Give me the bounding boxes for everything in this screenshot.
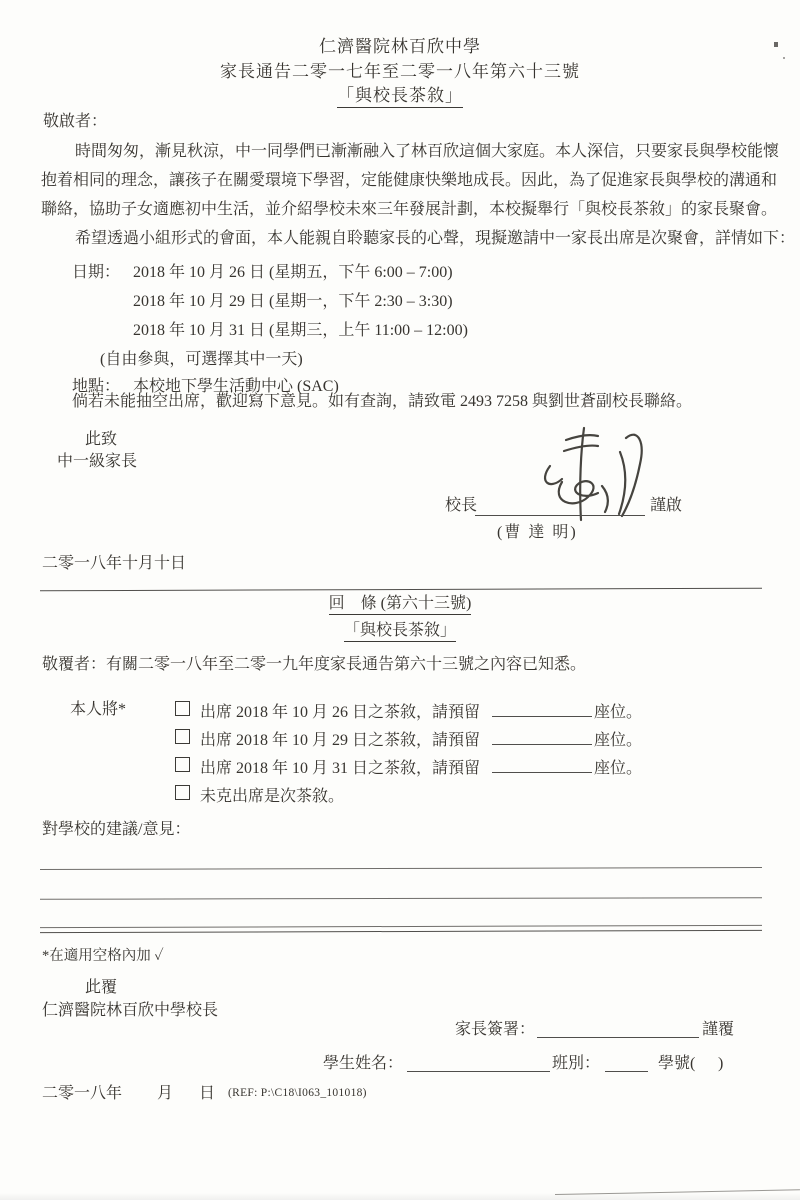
cannot-attend-checkbox[interactable] <box>175 785 190 800</box>
date-note: (自由參與，可選擇其中一天) <box>100 350 303 370</box>
option-2-text: 出席 2018 年 10 月 29 日之茶敘，請預留 <box>200 732 480 749</box>
seat-count-blank-1[interactable] <box>492 702 592 717</box>
reply-subtitle-text: 「與校長茶敘」 <box>344 622 456 642</box>
letter-addressee: 中一級家長 <box>57 452 137 472</box>
letter-closing: 此致 <box>85 430 117 450</box>
reply-date-year: 二零一八年 <box>42 1084 122 1104</box>
notice-title-text: 「與校長茶敘」 <box>337 86 463 108</box>
paragraph1-line1: 時間匆匆，漸見秋涼，中一同學們已漸漸融入了林百欣這個大家庭。本人深信，只要家長與… <box>75 142 779 162</box>
class-line[interactable] <box>605 1071 648 1072</box>
option-4-text: 未克出席是次茶敘。 <box>200 788 344 805</box>
opinion-line-3[interactable] <box>40 925 762 928</box>
opinion-line-1[interactable] <box>40 867 762 870</box>
option-row: 未克出席是次茶敘。 <box>200 783 344 806</box>
issue-date: 二零一八年十月十日 <box>42 554 186 574</box>
date-label: 日期： <box>72 263 120 283</box>
seat-count-blank-2[interactable] <box>492 730 592 745</box>
parent-sign-off: 謹覆 <box>702 1020 734 1040</box>
reply-subtitle: 「與校長茶敘」 <box>0 621 800 641</box>
principal-name: (曹 達 明) <box>497 523 578 543</box>
notice-title: 「與校長茶敘」 <box>0 85 800 107</box>
salutation: 敬啟者： <box>43 112 107 132</box>
parent-sign-label: 家長簽署： <box>455 1020 535 1040</box>
option-3-suffix: 座位。 <box>594 760 642 777</box>
student-no-label: 學號( <box>658 1054 695 1074</box>
paragraph1-line2: 抱着相同的理念，讓孩子在關愛環境下學習，定能健康快樂地成長。因此，為了促進家長與… <box>41 171 777 191</box>
option-row: 出席 2018 年 10 月 31 日之茶敘，請預留座位。 <box>200 755 642 778</box>
date-option-3: 2018 年 10 月 31 日 (星期三，上午 11:00 – 12:00) <box>133 321 468 341</box>
seat-count-blank-3[interactable] <box>492 758 592 773</box>
attend-oct31-checkbox[interactable] <box>175 757 190 772</box>
option-2-suffix: 座位。 <box>594 732 642 749</box>
option-row: 出席 2018 年 10 月 26 日之茶敘，請預留座位。 <box>200 699 642 722</box>
date-option-2: 2018 年 10 月 29 日 (星期一，下午 2:30 – 3:30) <box>133 292 453 312</box>
option-1-text: 出席 2018 年 10 月 26 日之茶敘，請預留 <box>200 704 480 721</box>
slip-bottom-divider <box>40 930 762 933</box>
letter-sign-off: 謹啟 <box>650 496 682 516</box>
scan-speck <box>774 42 778 47</box>
student-name-label: 學生姓名： <box>323 1054 403 1074</box>
attend-oct26-checkbox[interactable] <box>175 701 190 716</box>
reply-closing: 此覆 <box>85 978 117 998</box>
intent-label: 本人將* <box>70 700 126 720</box>
parent-signature-line[interactable] <box>537 1037 699 1038</box>
suggestion-label: 對學校的建議/意見： <box>42 820 190 840</box>
scan-bottom-shadow <box>0 1193 800 1200</box>
notice-number: 家長通告二零一七年至二零一八年第六十三號 <box>0 61 800 83</box>
principal-signature-line[interactable] <box>475 515 645 516</box>
principal-signature <box>492 424 657 524</box>
contact-line: 倘若未能抽空出席，歡迎寫下意見。如有查詢，請致電 2493 7258 與劉世蒼副… <box>72 392 692 412</box>
opinion-line-2[interactable] <box>40 897 762 900</box>
section-divider <box>40 588 762 592</box>
reply-date-day: 日 <box>199 1084 215 1104</box>
footnote: *在適用空格內加 ✓ <box>42 946 164 966</box>
class-label: 班別： <box>552 1054 600 1074</box>
scan-speck <box>783 57 785 59</box>
option-1-suffix: 座位。 <box>594 704 642 721</box>
reply-date-month: 月 <box>157 1084 173 1104</box>
reference-number: (REF: P:\C18\I063_101018) <box>228 1087 367 1099</box>
scanned-notice-page: 仁濟醫院林百欣中學 家長通告二零一七年至二零一八年第六十三號 「與校長茶敘」 敬… <box>0 0 800 1200</box>
student-name-line[interactable] <box>407 1071 550 1072</box>
paragraph1-line3: 聯絡，協助子女適應初中生活，並介紹學校未來三年發展計劃，本校擬舉行「與校長茶敘」… <box>41 200 777 220</box>
school-name: 仁濟醫院林百欣中學 <box>0 36 800 58</box>
paragraph2: 希望透過小組形式的會面，本人能親自聆聽家長的心聲，現擬邀請中一家長出席是次聚會，… <box>75 229 795 249</box>
reply-title: 回 條 (第六十三號) <box>0 594 800 614</box>
reply-title-text: 回 條 (第六十三號) <box>329 595 472 615</box>
option-3-text: 出席 2018 年 10 月 31 日之茶敘，請預留 <box>200 760 480 777</box>
reply-addressee: 仁濟醫院林百欣中學校長 <box>42 1001 218 1021</box>
date-option-1: 2018 年 10 月 26 日 (星期五，下午 6:00 – 7:00) <box>133 263 453 283</box>
student-no-close: ) <box>718 1054 723 1074</box>
principal-label: 校長 <box>445 496 477 516</box>
attend-oct29-checkbox[interactable] <box>175 729 190 744</box>
reply-acknowledgement: 敬覆者：有關二零一八年至二零一九年度家長通告第六十三號之內容已知悉。 <box>42 655 586 675</box>
option-row: 出席 2018 年 10 月 29 日之茶敘，請預留座位。 <box>200 727 642 750</box>
